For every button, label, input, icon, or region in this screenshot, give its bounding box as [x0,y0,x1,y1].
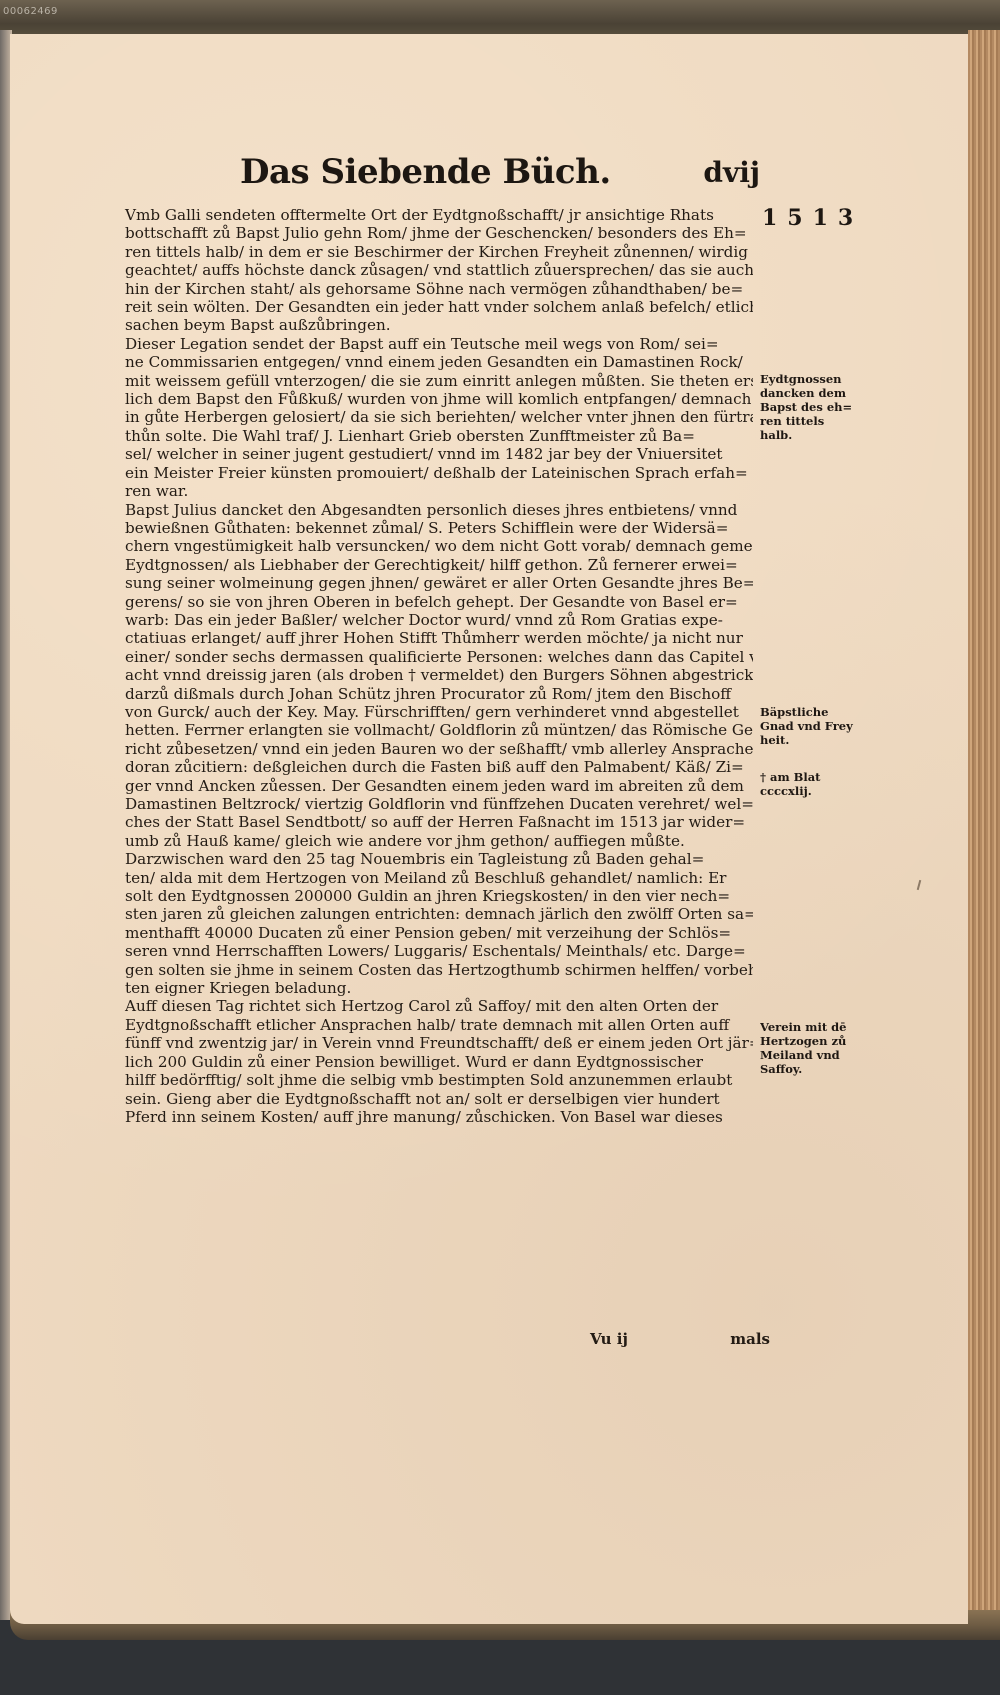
margin-note-line: dancken dem [760,386,860,400]
text-line: bottschafft zů Bapst Julio gehn Rom/ jhm… [103,224,753,242]
text-line: menthafft 40000 Ducaten zů einer Pension… [103,924,753,942]
text-line: sten jaren zů gleichen zalungen entricht… [103,905,753,923]
text-line: ten eigner Kriegen beladung. [103,979,753,997]
margin-note-line: halb. [760,428,860,442]
scan-id-label: 00062469 [3,6,58,17]
text-line: acht vnnd dreissig jaren (als droben † v… [103,666,753,684]
text-line: mit weissem gefüll vnterzogen/ die sie z… [103,372,753,390]
paragraph: Darzwischen ward den 25 tag Nouembris ei… [103,850,753,997]
main-text-column: Vmb Galli sendeten offtermelte Ort der E… [103,206,753,1126]
margin-note-baepstliche-gnad: BäpstlicheGnad vnd Freyheit. [760,705,860,747]
text-line: ne Commissarien entgegen/ vnnd einem jed… [103,353,753,371]
margin-note-line: Bäpstliche [760,705,860,719]
margin-note-line: Meiland vnd [760,1048,860,1062]
year-marker: 1513 [762,205,863,231]
text-line: ten/ alda mit dem Hertzogen von Meiland … [103,869,753,887]
margin-note-line: † am Blat [760,770,860,784]
text-line: doran zůcitiern: deßgleichen durch die F… [103,758,753,776]
paragraph: Dieser Legation sendet der Bapst auff ei… [103,335,753,501]
text-line: sachen beym Bapst außzůbringen. [103,316,753,334]
paragraph: Vmb Galli sendeten offtermelte Ort der E… [103,206,753,335]
text-line: warb: Das ein jeder Baßler/ welcher Doct… [103,611,753,629]
margin-note-line: Saffoy. [760,1062,860,1076]
text-line: ger vnnd Ancken zůessen. Der Gesandten e… [103,777,753,795]
page-footer: Vu ij mals [590,1330,770,1352]
margin-note-line: ccccxlij. [760,784,860,798]
text-line: ches der Statt Basel Sendtbott/ so auff … [103,813,753,831]
margin-note-line: ren tittels [760,414,860,428]
text-line: solt den Eydtgnossen 200000 Guldin an jh… [103,887,753,905]
margin-note-eydtgnossen: Eydtgnossendancken demBapst des eh=ren t… [760,372,860,442]
text-line: richt zůbesetzen/ vnnd ein jeden Bauren … [103,740,753,758]
text-line: ren war. [103,482,753,500]
text-line: hetten. Ferrner erlangten sie vollmacht/… [103,721,753,739]
text-line: Eydtgnossen/ als Liebhaber der Gerechtig… [103,556,753,574]
text-line: fünff vnd zwentzig jar/ in Verein vnnd F… [103,1034,753,1052]
margin-note-line: Bapst des eh= [760,400,860,414]
text-line: Bapst Julius dancket den Abgesandten per… [103,501,753,519]
text-line: thůn solte. Die Wahl traf/ J. Lienhart G… [103,427,753,445]
text-line: geachtet/ auffs höchste danck zůsagen/ v… [103,261,753,279]
folio-number: dvij [703,156,760,189]
text-line: darzů dißmals durch Johan Schütz jhren P… [103,685,753,703]
text-line: einer/ sonder sechs dermassen qualificie… [103,648,753,666]
catchword: mals [730,1330,770,1348]
margin-note-line: Hertzogen zů [760,1034,860,1048]
text-line: Darzwischen ward den 25 tag Nouembris ei… [103,850,753,868]
signature-mark: Vu ij [590,1330,628,1348]
text-line: von Gurck/ auch der Key. May. Fürschriff… [103,703,753,721]
text-line: Eydtgnoßschafft etlicher Ansprachen halb… [103,1016,753,1034]
text-line: sein. Gieng aber die Eydtgnoßschafft not… [103,1090,753,1108]
text-line: Vmb Galli sendeten offtermelte Ort der E… [103,206,753,224]
text-line: bewießnen Gůthaten: bekennet zůmal/ S. P… [103,519,753,537]
margin-note-line: Verein mit dē [760,1020,860,1034]
text-line: Dieser Legation sendet der Bapst auff ei… [103,335,753,353]
text-line: ein Meister Freier künsten promouiert/ d… [103,464,753,482]
paragraph: Bapst Julius dancket den Abgesandten per… [103,501,753,851]
page-header: Das Siebende Büch. dvij [240,152,760,202]
margin-note-verein: Verein mit dēHertzogen zůMeiland vndSaff… [760,1020,860,1076]
page-edges-right [968,30,1000,1630]
text-line: hin der Kirchen staht/ als gehorsame Söh… [103,280,753,298]
margin-note-line: Gnad vnd Frey [760,719,860,733]
margin-note-line: Eydtgnossen [760,372,860,386]
text-line: umb zů Hauß kame/ gleich wie andere vor … [103,832,753,850]
paragraph: Auff diesen Tag richtet sich Hertzog Car… [103,997,753,1126]
text-line: lich dem Bapst den Fůßkuß/ wurden von jh… [103,390,753,408]
text-line: hilff bedörfftig/ solt jhme die selbig v… [103,1071,753,1089]
text-line: ctatiuas erlanget/ auff jhrer Hohen Stif… [103,629,753,647]
margin-note-line: heit. [760,733,860,747]
text-line: in gůte Herbergen gelosiert/ da sie sich… [103,408,753,426]
text-line: gerens/ so sie von jhren Oberen in befel… [103,593,753,611]
text-line: sel/ welcher in seiner jugent gestudiert… [103,445,753,463]
text-line: ren tittels halb/ in dem er sie Beschirm… [103,243,753,261]
text-line: Damastinen Beltzrock/ viertzig Goldflori… [103,795,753,813]
text-line: gen solten sie jhme in seinem Costen das… [103,961,753,979]
text-line: reit sein wölten. Der Gesandten ein jede… [103,298,753,316]
text-line: chern vngestümigkeit halb versuncken/ wo… [103,537,753,555]
text-line: Pferd inn seinem Kosten/ auff jhre manun… [103,1108,753,1126]
text-line: lich 200 Guldin zů einer Pension bewilli… [103,1053,753,1071]
margin-note-am-blat: † am Blatccccxlij. [760,770,860,798]
text-line: seren vnnd Herrschafften Lowers/ Luggari… [103,942,753,960]
text-line: sung seiner wolmeinung gegen jhnen/ gewä… [103,574,753,592]
running-head: Das Siebende Büch. [240,152,611,192]
text-line: Auff diesen Tag richtet sich Hertzog Car… [103,997,753,1015]
